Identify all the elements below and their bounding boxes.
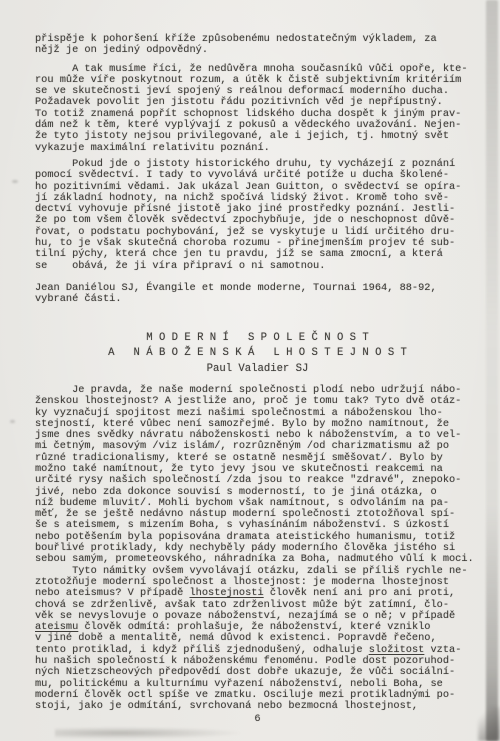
text-line: že tyto jistoty nejsou privilegované, al… [35, 131, 480, 142]
text-line: nebo ateismus? V případě lhostejnosti čl… [35, 588, 480, 599]
text-line: vybrané části. [35, 294, 480, 305]
scan-speck [12, 180, 18, 183]
source-citation: Jean Daniélou SJ, Évangile et monde mode… [35, 283, 480, 306]
article-title-line-2: A N Á B O Ž E N S K Á L H O S T E J N O … [35, 346, 480, 362]
article-author: Paul Valadier SJ [35, 362, 480, 378]
text-line: nějž je on jediný odpovědný. [35, 45, 480, 56]
scan-edge-shadow [486, 0, 498, 741]
text-line: ženskou lhostejnost? A jestliže ano, pro… [35, 396, 480, 407]
text-line: určité rysy našich společností /zda jsou… [35, 475, 480, 486]
text-line: stoji, jako je odmítání, svrchovaná nebo… [35, 701, 480, 712]
paragraph: A tak musíme říci, že nedůvěra mnoha sou… [35, 64, 480, 154]
text-line: ných Nietzscheových předpovědí dost dobř… [35, 667, 480, 678]
scan-corner-shadow [478, 707, 500, 741]
text-line: se obává, že ji víra připraví o ni samot… [35, 261, 480, 272]
text-line: mi četným, masovým /viz islám/, rozrůzně… [35, 441, 480, 452]
scan-smudge [55, 727, 240, 739]
text-line: tilní pýchy, která chce jen tu pravdu, j… [35, 249, 480, 260]
paragraph: Je pravda, že naše moderní společnosti p… [35, 385, 480, 566]
text-line: pomocí svědectví. I tady to vyvolává urč… [35, 170, 480, 181]
scan-speck [10, 420, 15, 423]
paragraph-continuation: přispěje k pohoršení kříže způsobenému n… [35, 34, 480, 57]
paragraph: Pokud jde o jistoty historického druhu, … [35, 159, 480, 272]
text-line: vykazuje maximální relativitu poznání. [35, 143, 480, 154]
page-number: 6 [35, 714, 480, 725]
page-text: přispěje k pohoršení kříže způsobenému n… [35, 34, 480, 725]
article-title-line-1: M O D E R N Í S P O L E Č N O S T [35, 331, 480, 347]
article-heading: M O D E R N Í S P O L E Č N O S T A N Á … [35, 331, 480, 378]
paragraph: Tyto námitky ovšem vyvolávají otázku, zd… [35, 566, 480, 713]
text-line: sebou samým, prometeovského, náhradníka … [35, 554, 480, 565]
scanned-page: přispěje k pohoršení kříže způsobenému n… [0, 0, 500, 741]
